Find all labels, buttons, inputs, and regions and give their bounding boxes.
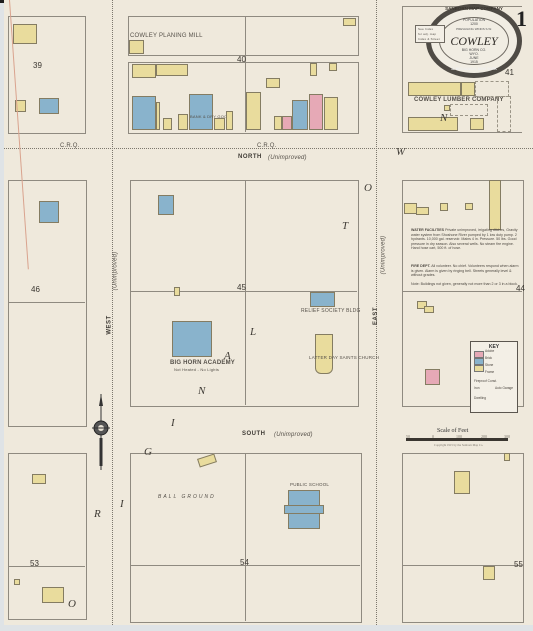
building-40-4 (156, 102, 160, 130)
label-ball-ground: BALL GROUND (158, 494, 216, 500)
building-53-a (32, 474, 46, 484)
building-lds-church (315, 334, 333, 374)
label-planing-mill: COWLEY PLANING MILL (130, 33, 203, 39)
building-40-ne (343, 18, 356, 26)
building-39-a (13, 24, 37, 44)
block-number-53: 53 (30, 559, 39, 568)
building-45-a (158, 195, 174, 215)
building-40-17 (329, 63, 337, 71)
key-line-0: Adobe (485, 350, 494, 354)
block-53-split (8, 566, 85, 567)
building-39-c (39, 98, 59, 114)
key-line-6: Auto Garage (495, 387, 513, 391)
building-bank (189, 94, 213, 130)
watermark-W: W (396, 146, 405, 158)
watermark-I: I (120, 498, 124, 510)
watermark-O2: O (364, 182, 372, 194)
key-line-4: Fireproof Const. (474, 380, 497, 384)
watermark-T: T (342, 220, 348, 232)
building-40-6 (178, 114, 188, 130)
label-lds-church: LATTER DAY SAINTS CHURCH (309, 355, 379, 360)
building-planing-mill (129, 40, 144, 54)
compass-icon (92, 392, 110, 472)
building-44-b (416, 207, 429, 215)
street-west-sub: (Unimproved) (112, 252, 118, 291)
scale-tick-0: 50 (406, 434, 410, 439)
building-46-a (39, 201, 59, 223)
building-44-brick (425, 369, 440, 385)
scale-tick-3: 200 (481, 434, 487, 439)
watermark-G: G (144, 446, 152, 458)
building-big-horn-academy (172, 321, 212, 357)
street-north: NORTH (238, 154, 262, 160)
street-east-sub: (Unimproved) (380, 236, 386, 275)
lumber-yard-outline-2 (450, 104, 488, 116)
street-south-sub: (Unimproved) (274, 432, 313, 438)
scale-tick-2: 100 (456, 434, 462, 439)
building-44-d (465, 203, 473, 210)
block-54 (130, 453, 362, 623)
block-number-54: 54 (240, 558, 249, 567)
compass-rose (92, 392, 110, 472)
building-40-10 (266, 78, 280, 88)
building-41-b (408, 117, 458, 131)
building-40-8 (226, 111, 233, 130)
block-44-split (402, 291, 522, 292)
watermark-A: A (224, 350, 231, 362)
building-40-16 (310, 63, 317, 76)
building-40-13 (292, 100, 308, 130)
scale-copyright: Copyright 1915 by the Sanborn Map Co. (434, 443, 483, 447)
key-line-1: Brick (485, 357, 492, 361)
building-40-15 (324, 97, 338, 130)
fire-dept-note: FIRE DEPT. All volunteer. No chief. Volu… (411, 264, 519, 278)
map-sheet: C.R.Q. C.R.Q. NORTH (Unimproved) SOUTH (… (4, 0, 533, 625)
index-box-line3: Index & Street (418, 37, 440, 41)
label-academy-sub: Not Heated - No Lights (174, 367, 219, 372)
building-41-c (470, 118, 484, 130)
street-south: SOUTH (242, 431, 266, 437)
building-44-e (489, 180, 501, 230)
building-lumber-shed (408, 82, 461, 96)
index-box-line1: See Index (418, 27, 433, 31)
building-44-g (424, 306, 434, 313)
block-number-40: 40 (237, 55, 246, 64)
building-55-b (504, 453, 510, 461)
label-relief-society: RELIEF SOCIETY BLDG (301, 308, 361, 314)
street-east: EAST (373, 307, 379, 325)
block-41-left (402, 6, 403, 132)
building-53-b (14, 579, 20, 585)
key-swatch-frame (474, 365, 484, 372)
building-40-7 (214, 118, 225, 130)
building-lumber-office (461, 82, 475, 96)
street-west: WEST (107, 315, 113, 334)
scale-tick-4: 300 (504, 434, 510, 439)
building-40-5 (163, 118, 172, 130)
index-box-line2: for adj. map (418, 32, 436, 36)
key-swatch-brick (474, 351, 484, 358)
railroad-label: C.R.Q. (60, 143, 80, 149)
scale-title: Scale of Feet (437, 428, 468, 434)
scale-tick-1: 0 (432, 434, 434, 439)
key-swatch-stone (474, 358, 484, 365)
building-40-14 (309, 94, 323, 130)
watermark-N: N (198, 385, 205, 397)
key-line-3: Frame (485, 371, 494, 375)
building-55-a (454, 471, 470, 494)
west-street-line (112, 0, 113, 625)
building-40-1 (132, 64, 156, 78)
building-45-b (174, 287, 180, 296)
building-40-12 (282, 116, 292, 130)
seal-publisher: SANBORN MAP COMPANY (431, 6, 517, 11)
building-40-11 (274, 116, 282, 130)
fire-dept-heading: FIRE DEPT. (411, 264, 430, 268)
block-45-divider (245, 180, 246, 405)
seal-year: 1915 (431, 60, 517, 64)
index-reference-box: See Index for adj. map Index & Street (415, 25, 445, 43)
building-41-small (444, 105, 450, 111)
watermark-R: R (94, 508, 101, 520)
block-number-55: 55 (514, 560, 523, 569)
block-54-divider (245, 453, 246, 621)
building-40-9 (246, 92, 261, 130)
street-north-sub: (Unimproved) (268, 155, 307, 161)
building-53-c (42, 587, 64, 603)
block-number-39: 39 (33, 61, 42, 70)
building-public-school-wing (284, 505, 324, 514)
key-line-7: Dwelling (474, 397, 486, 401)
building-40-3 (132, 96, 156, 130)
seal-address: 11 BROADWAY, NEW YORK (431, 67, 517, 71)
building-44-c (440, 203, 448, 211)
block-number-45: 45 (237, 283, 246, 292)
general-note: Note: Buildings not given, generally not… (411, 282, 519, 287)
railroad-label-2: C.R.Q. (257, 143, 277, 149)
key-line-2: Stone (485, 364, 493, 368)
watermark-L: L (250, 326, 256, 338)
map-key: KEY Adobe Brick Stone Frame Fireproof Co… (470, 341, 518, 413)
watermark-N2: N (440, 112, 447, 124)
block-55-split (402, 565, 522, 566)
water-facilities-heading: WATER FACILITIES (411, 228, 444, 232)
label-lumber-co: COWLEY LUMBER COMPANY (414, 97, 504, 103)
watermark-I2: I (171, 417, 175, 429)
building-40-2 (156, 64, 188, 76)
lumber-yard-outline-3 (497, 96, 511, 132)
water-facilities-note: WATER FACILITIES Private unimproved, irr… (411, 228, 519, 251)
lumber-yard-outline (475, 81, 509, 97)
label-public-school: PUBLIC SCHOOL (290, 482, 329, 487)
block-number-46: 46 (31, 285, 40, 294)
watermark-O: O (68, 598, 76, 610)
key-line-5: Iron (474, 387, 480, 391)
block-46-split (8, 302, 85, 303)
building-55-c (483, 566, 495, 580)
building-relief-society (310, 292, 335, 307)
block-41-bottom (402, 132, 522, 133)
